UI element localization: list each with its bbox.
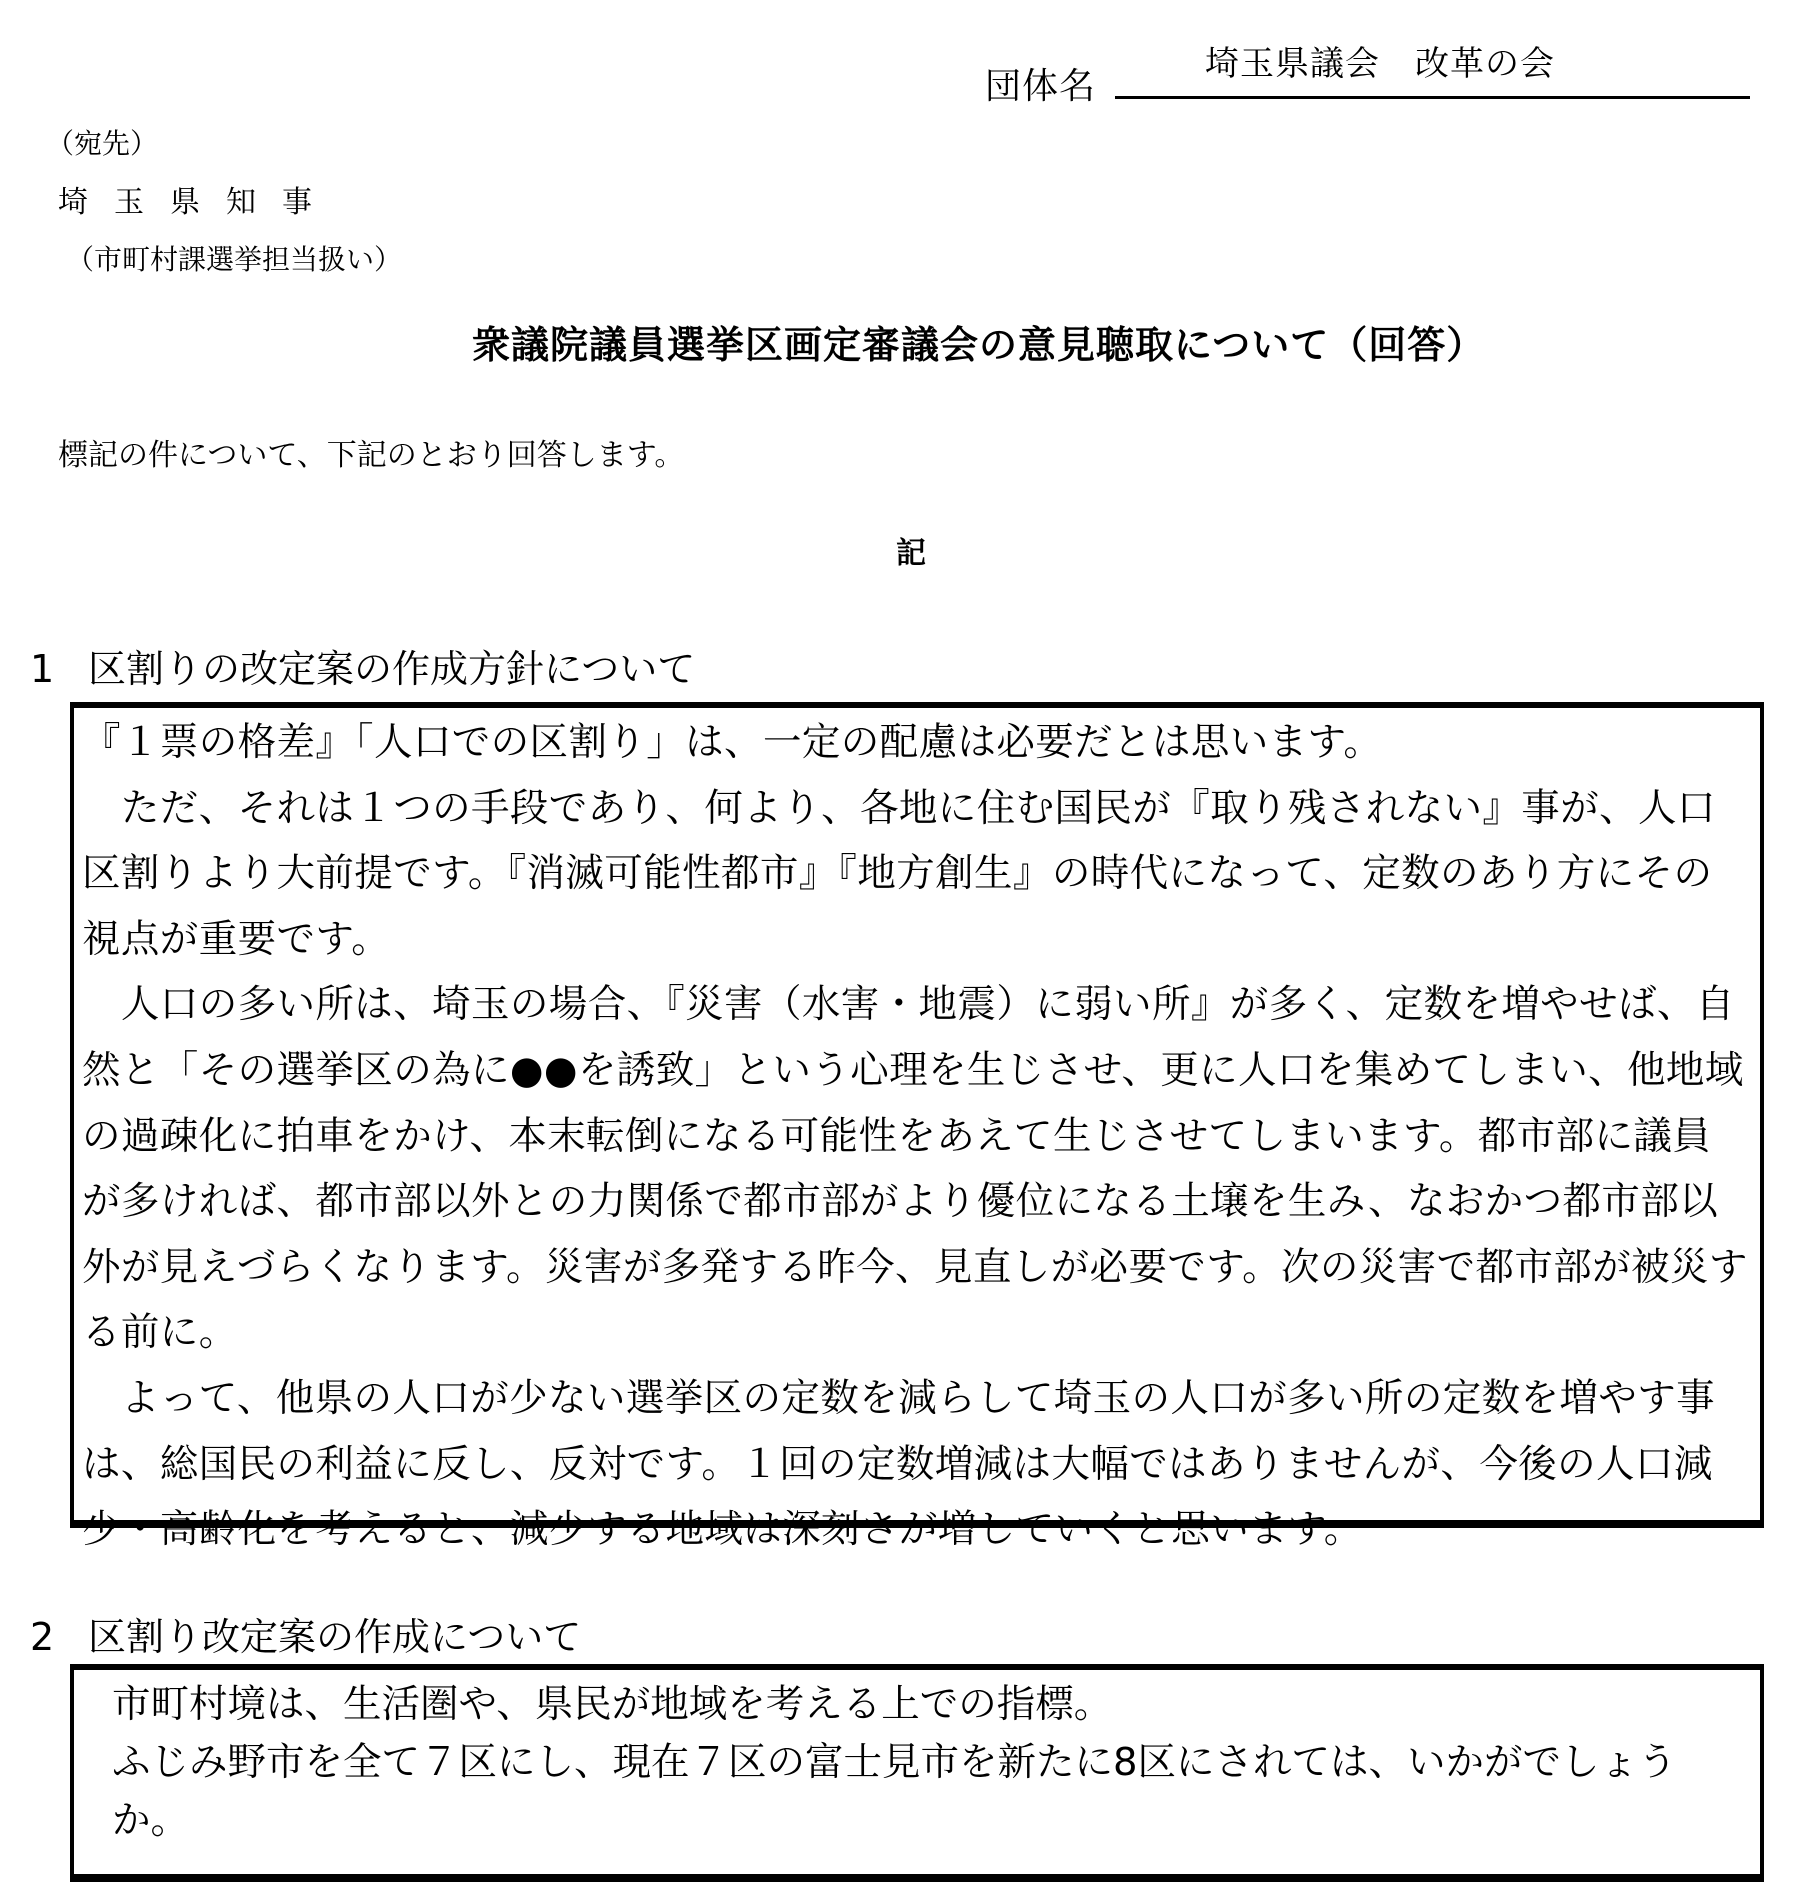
addressee-label: （宛先） bbox=[46, 122, 158, 162]
organization-label: 団体名 bbox=[985, 58, 1096, 109]
section-number: 2 bbox=[30, 1615, 88, 1659]
organization-underline bbox=[1115, 96, 1750, 99]
document-title: 衆議院議員選挙区画定審議会の意見聴取について（回答） bbox=[472, 314, 1485, 369]
section-2-heading: 2区割り改定案の作成について bbox=[30, 1606, 581, 1661]
section-title: 区割り改定案の作成について bbox=[88, 1615, 581, 1659]
paragraph: 『１票の格差』「人口での区割り」は、一定の配慮は必要だとは思います。 bbox=[82, 710, 1750, 776]
paragraph: ただ、それは１つの手段であり、何より、各地に住む国民が『取り残されない』事が、人… bbox=[82, 776, 1750, 973]
recipient-name: 埼玉県知事 bbox=[58, 177, 338, 221]
answer-text: 市町村境は、生活圏や、県民が地域を考える上での指標。 ふじみ野市を全て７区にし、… bbox=[74, 1670, 1760, 1850]
recipient-department: （市町村課選挙担当扱い） bbox=[66, 238, 402, 278]
section-1-answer-box: 『１票の格差』「人口での区割り」は、一定の配慮は必要だとは思います。 ただ、それ… bbox=[70, 702, 1764, 1528]
section-title: 区割りの改定案の作成方針について bbox=[88, 647, 695, 691]
intro-text: 標記の件について、下記のとおり回答します。 bbox=[58, 430, 684, 474]
section-number: 1 bbox=[30, 647, 88, 691]
organization-name: 埼玉県議会 改革の会 bbox=[1205, 36, 1555, 85]
section-2-answer-box: 市町村境は、生活圏や、県民が地域を考える上での指標。 ふじみ野市を全て７区にし、… bbox=[70, 1664, 1764, 1882]
paragraph: 市町村境は、生活圏や、県民が地域を考える上での指標。 bbox=[112, 1676, 1750, 1734]
paragraph: 人口の多い所は、埼玉の場合、『災害（水害・地震）に弱い所』が多く、定数を増やせば… bbox=[82, 972, 1750, 1366]
paragraph: ふじみ野市を全て７区にし、現在７区の富士見市を新たに8区にされては、いかがでしょ… bbox=[112, 1734, 1750, 1850]
ki-marker: 記 bbox=[896, 528, 926, 572]
section-1-heading: 1区割りの改定案の作成方針について bbox=[30, 638, 695, 693]
paragraph: よって、他県の人口が少ない選挙区の定数を減らして埼玉の人口が多い所の定数を増やす… bbox=[82, 1366, 1750, 1563]
answer-text: 『１票の格差』「人口での区割り」は、一定の配慮は必要だとは思います。 ただ、それ… bbox=[74, 708, 1760, 1563]
